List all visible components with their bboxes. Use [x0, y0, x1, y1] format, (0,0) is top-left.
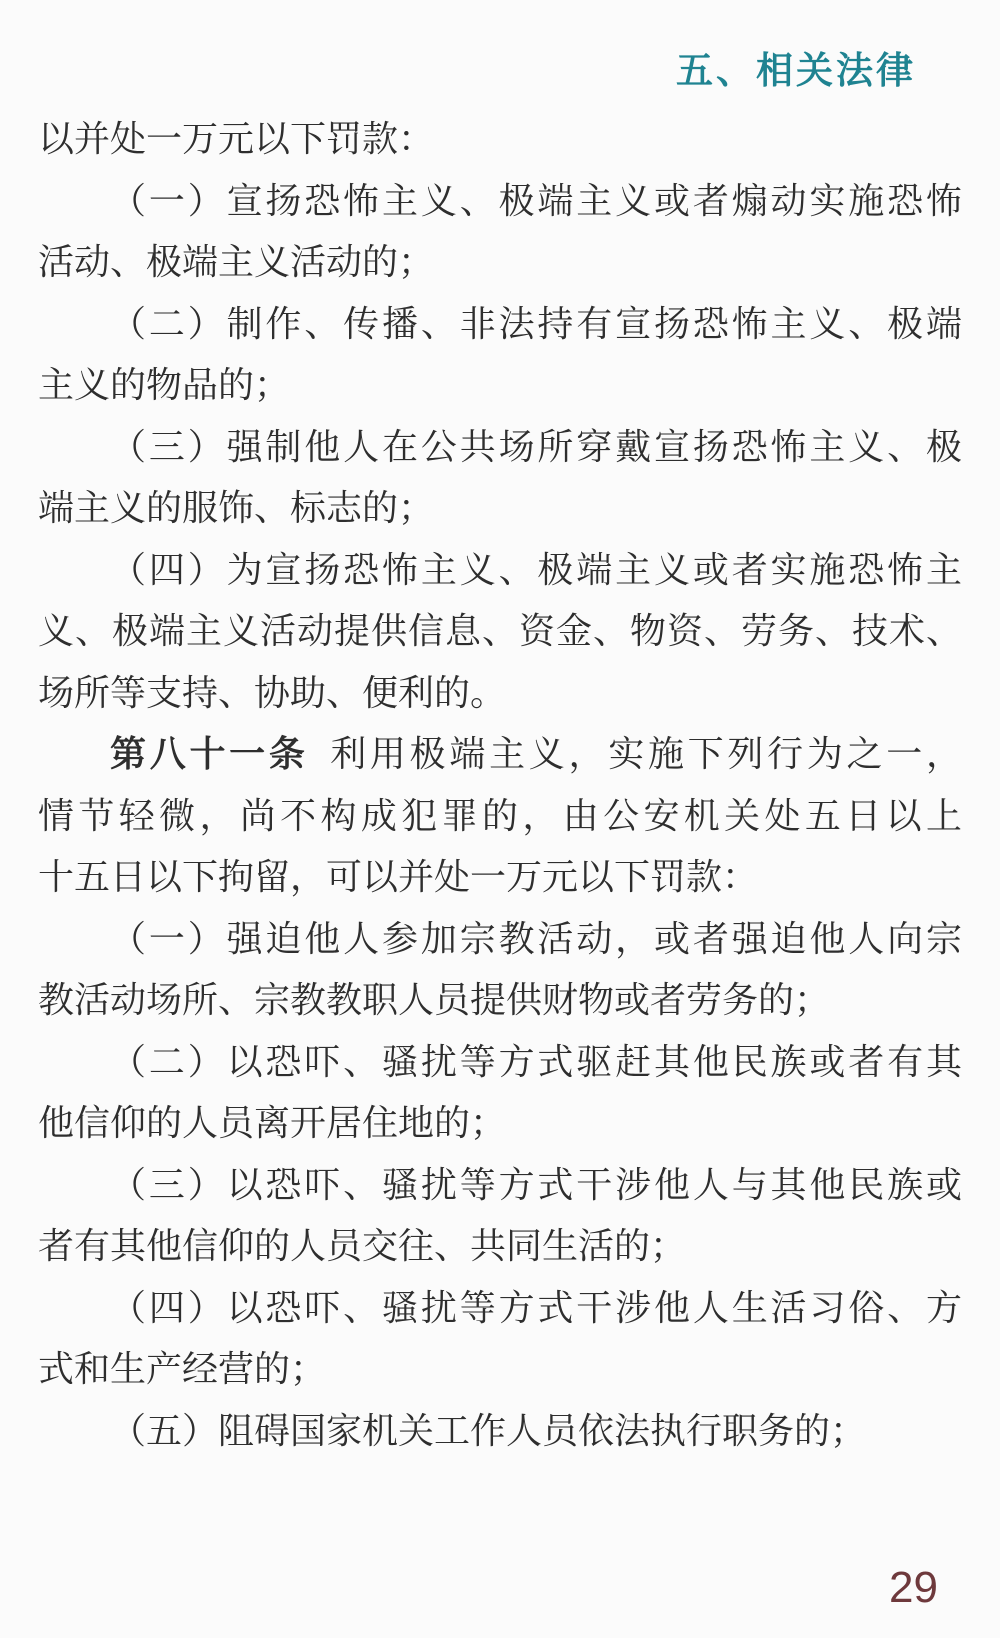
text-line: （二）以恐吓、骚扰等方式驱赶其他民族或者有其 [38, 1032, 962, 1094]
text-line: 情节轻微，尚不构成犯罪的，由公安机关处五日以上 [38, 786, 962, 848]
text-line-article: 第八十一条利用极端主义，实施下列行为之一， [38, 724, 962, 786]
text-line: 以并处一万元以下罚款： [38, 109, 962, 171]
text-line: 主义的物品的； [38, 355, 962, 417]
text-line: 场所等支持、协助、便利的。 [38, 663, 962, 725]
text-line: 教活动场所、宗教教职人员提供财物或者劳务的； [38, 970, 962, 1032]
text-line: 式和生产经营的； [38, 1339, 962, 1401]
text-line: （一）强迫他人参加宗教活动，或者强迫他人向宗 [38, 909, 962, 971]
text-line: 十五日以下拘留，可以并处一万元以下罚款： [38, 847, 962, 909]
text-line: 端主义的服饰、标志的； [38, 478, 962, 540]
text-line: （四）以恐吓、骚扰等方式干涉他人生活习俗、方 [38, 1278, 962, 1340]
text-line: （一）宣扬恐怖主义、极端主义或者煽动实施恐怖 [38, 171, 962, 233]
text-line: 活动、极端主义活动的； [38, 232, 962, 294]
text-line: 义、极端主义活动提供信息、资金、物资、劳务、技术、 [38, 601, 962, 663]
article-text: 利用极端主义，实施下列行为之一， [330, 734, 962, 774]
text-line: （四）为宣扬恐怖主义、极端主义或者实施恐怖主 [38, 540, 962, 602]
body-text: 以并处一万元以下罚款： （一）宣扬恐怖主义、极端主义或者煽动实施恐怖 活动、极端… [38, 109, 962, 1462]
text-line: （三）以恐吓、骚扰等方式干涉他人与其他民族或 [38, 1155, 962, 1217]
text-line: 他信仰的人员离开居住地的； [38, 1093, 962, 1155]
article-number: 第八十一条 [110, 734, 309, 774]
section-header: 五、相关法律 [676, 40, 916, 94]
document-page: 五、相关法律 以并处一万元以下罚款： （一）宣扬恐怖主义、极端主义或者煽动实施恐… [0, 0, 1000, 1638]
text-line: 者有其他信仰的人员交往、共同生活的； [38, 1216, 962, 1278]
text-line: （二）制作、传播、非法持有宣扬恐怖主义、极端 [38, 294, 962, 356]
page-number: 29 [889, 1563, 938, 1613]
text-line: （五）阻碍国家机关工作人员依法执行职务的； [38, 1401, 962, 1463]
text-line: （三）强制他人在公共场所穿戴宣扬恐怖主义、极 [38, 417, 962, 479]
